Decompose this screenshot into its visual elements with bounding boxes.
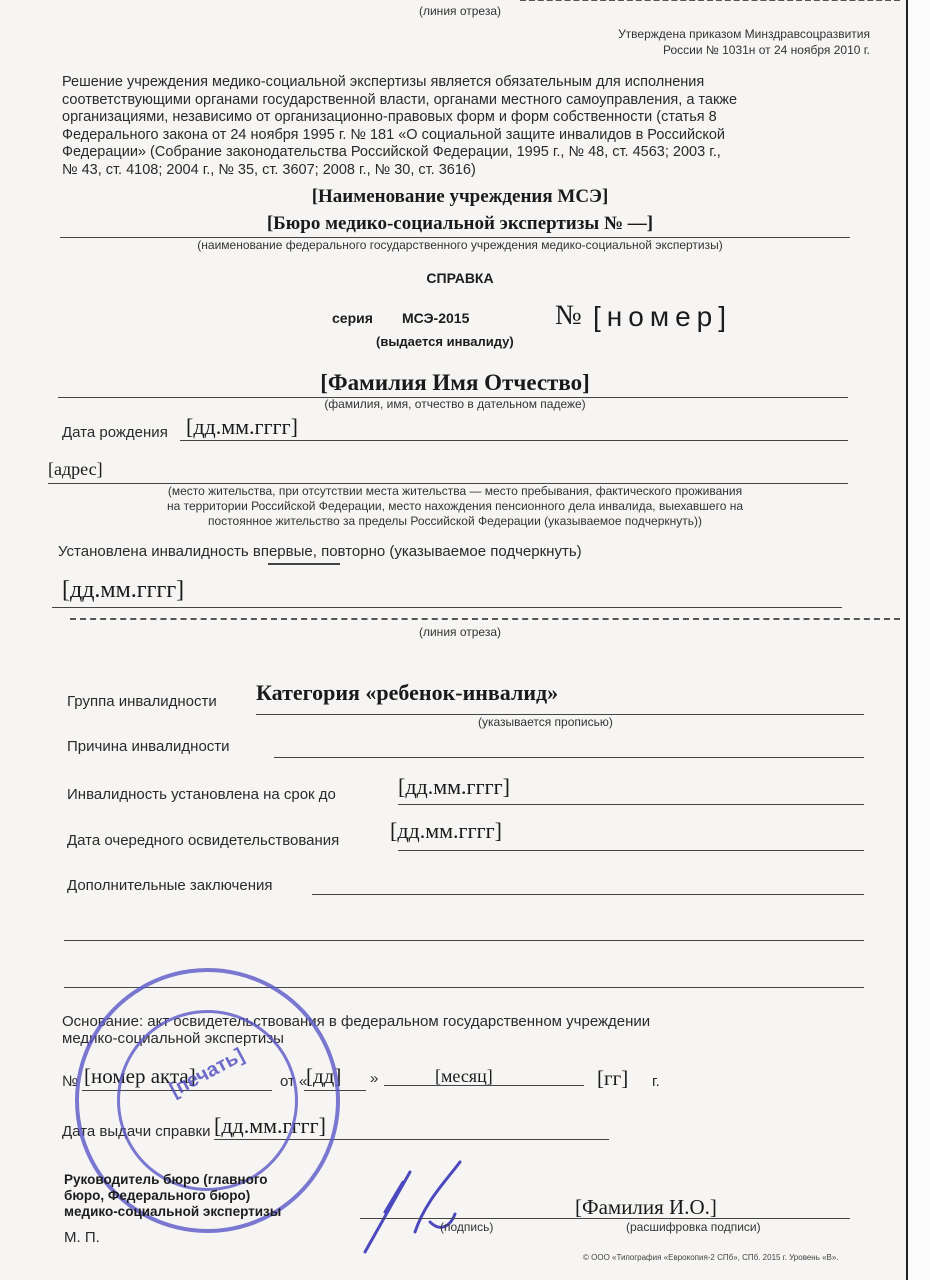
certificate-number: [номер] [593, 301, 732, 333]
seal-place: М. П. [64, 1229, 100, 1246]
institution-line-1: [Наименование учреждения МСЭ] [60, 186, 860, 208]
established-date: [дд.мм.гггг] [62, 577, 184, 604]
established-label: Установлена инвалидность впервые, повтор… [58, 543, 582, 560]
next-exam-underline [398, 850, 864, 851]
extra-underline-1 [312, 894, 864, 895]
next-exam-value: [дд.мм.гггг] [390, 818, 502, 844]
signature [355, 1152, 485, 1262]
address-caption: (место жительства, при отсутствии места … [60, 484, 850, 529]
act-month-value: [месяц] [435, 1066, 493, 1087]
legal-notice-line: Федерации» (Собрание законодательства Ро… [62, 144, 852, 162]
name-caption: (фамилия, имя, отчество в дательном паде… [60, 397, 850, 411]
signature-decode-caption: (расшифровка подписи) [626, 1220, 761, 1234]
cut-line-label-middle: (линия отреза) [380, 625, 540, 639]
act-year-suffix: г. [652, 1073, 660, 1090]
dob-underline [180, 440, 848, 441]
legal-notice-line: организациями, независимо от организацио… [62, 109, 852, 127]
next-exam-label: Дата очередного освидетельствования [67, 832, 339, 849]
group-label: Группа инвалидности [67, 693, 217, 710]
printer-imprint: © ООО «Типография «Еврокопия-2 СПб», СПб… [583, 1253, 839, 1262]
scan-edge [906, 0, 930, 1280]
issued-to: (выдается инвалиду) [376, 334, 514, 349]
extra-underline-2 [64, 940, 864, 941]
established-underline [52, 607, 842, 608]
doc-title: СПРАВКА [360, 270, 560, 286]
term-underline [398, 804, 864, 805]
recipient-name: [Фамилия Имя Отчество] [60, 370, 850, 396]
head-title-line: бюро, Федерального бюро) [64, 1188, 281, 1204]
reason-underline [274, 757, 864, 758]
group-value: Категория «ребенок-инвалид» [256, 680, 558, 706]
act-day-close: » [370, 1070, 378, 1087]
cut-line-top [520, 0, 900, 1]
term-label: Инвалидность установлена на срок до [67, 786, 336, 803]
act-month-underline [384, 1085, 584, 1086]
first-time-underline [268, 563, 340, 565]
dob-value: [дд.мм.гггг] [186, 414, 298, 440]
signature-caption: (подпись) [440, 1220, 493, 1234]
approval-line-1: Утверждена приказом Минздравсоцразвития [618, 27, 870, 41]
number-sign: № [555, 300, 582, 332]
extra-label: Дополнительные заключения [67, 877, 272, 894]
legal-notice-line: № 43, ст. 4108; 2004 г., № 35, ст. 3607;… [62, 162, 852, 180]
address-caption-line: (место жительства, при отсутствии места … [60, 484, 850, 499]
legal-notice-line: Решение учреждения медико-социальной экс… [62, 74, 852, 92]
cut-line-label-top: (линия отреза) [380, 4, 540, 18]
signature-decode-value: [Фамилия И.О.] [575, 1195, 717, 1220]
address-caption-line: на территории Российской Федерации, мест… [60, 499, 850, 514]
head-title-line: Руководитель бюро (главного [64, 1172, 281, 1188]
series-label: серия [332, 310, 373, 326]
cut-line-middle [70, 618, 900, 620]
address-value: [адрес] [48, 459, 103, 480]
act-year-value: [гг] [597, 1066, 628, 1091]
legal-notice: Решение учреждения медико-социальной экс… [62, 74, 852, 179]
institution-line-2: [Бюро медико-социальной экспертизы № —] [60, 213, 860, 235]
term-value: [дд.мм.гггг] [398, 774, 510, 800]
legal-notice-line: Федерального закона от 24 ноября 1995 г.… [62, 127, 852, 145]
approval-line-2: России № 1031н от 24 ноября 2010 г. [663, 43, 870, 57]
legal-notice-line: соответствующими органами государственно… [62, 92, 852, 110]
address-caption-line: постоянное жительство за пределы Российс… [60, 514, 850, 529]
group-caption: (указывается прописью) [478, 715, 613, 729]
dob-label: Дата рождения [62, 424, 168, 441]
reason-label: Причина инвалидности [67, 738, 230, 755]
head-title-line: медико-социальной экспертизы [64, 1204, 281, 1220]
institution-caption: (наименование федерального государственн… [60, 238, 860, 252]
head-title: Руководитель бюро (главного бюро, Федера… [64, 1172, 281, 1220]
series-value: МСЭ-2015 [402, 310, 469, 326]
